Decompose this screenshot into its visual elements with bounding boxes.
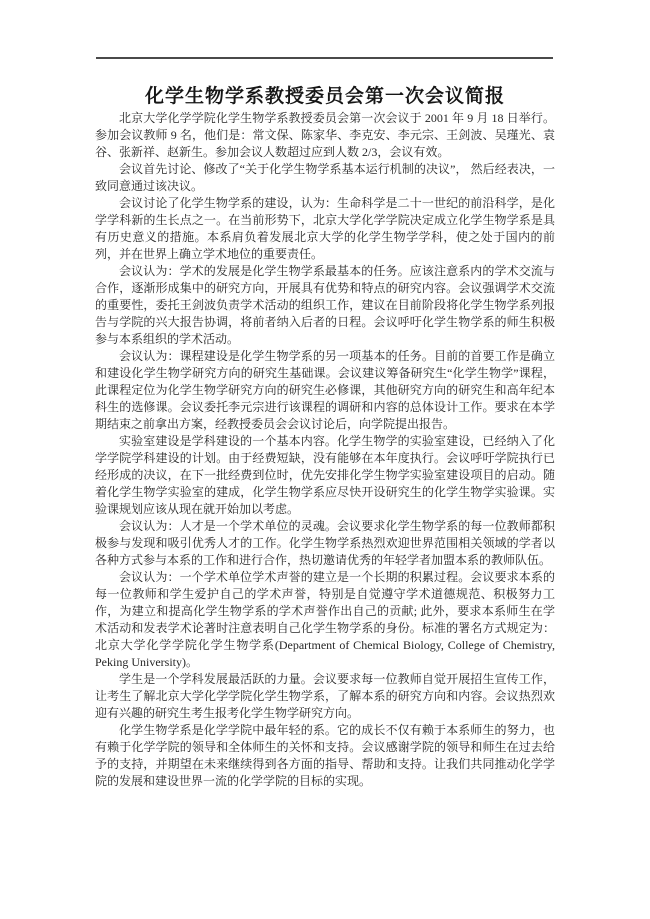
- paragraph-resolution: 会议首先讨论、修改了“关于化学生物学系基本运行机制的决议”， 然后经表决，一致同…: [95, 161, 555, 195]
- paragraph-course-construction: 会议认为：课程建设是化学生物学系的另一项基本的任务。目前的首要工作是确立和建设化…: [95, 348, 555, 433]
- document-title: 化学生物学系教授委员会第一次会议简报: [0, 81, 650, 108]
- document-page: 化学生物学系教授委员会第一次会议简报 北京大学化学学院化学生物学系教授委员会第一…: [0, 0, 650, 919]
- paragraph-laboratory-construction: 实验室建设是学科建设的一个基本内容。化学生物学的实验室建设，已经纳入了化学学院学…: [95, 433, 555, 518]
- paragraph-academic-reputation: 会议认为：一个学术单位学术声誉的建立是一个长期的积累过程。会议要求本系的每一位教…: [95, 569, 555, 671]
- header-divider-line: [96, 57, 553, 59]
- document-body: 北京大学化学学院化学生物学系教授委员会第一次会议于 2001 年 9 月 18 …: [95, 110, 555, 790]
- paragraph-closing: 化学生物学系是化学学院中最年轻的系。它的成长不仅有赖于本系师生的努力，也有赖于化…: [95, 722, 555, 790]
- paragraph-students: 学生是一个学科发展最活跃的力量。会议要求每一位教师自觉开展招生宣传工作，让考生了…: [95, 671, 555, 722]
- paragraph-department-founding: 会议讨论了化学生物学系的建设，认为：生命科学是二十一世纪的前沿科学，是化学学科新…: [95, 195, 555, 263]
- paragraph-academic-development: 会议认为：学术的发展是化学生物学系最基本的任务。应该注意系内的学术交流与合作，逐…: [95, 263, 555, 348]
- paragraph-talent: 会议认为：人才是一个学术单位的灵魂。会议要求化学生物学系的每一位教师都积极参与发…: [95, 518, 555, 569]
- paragraph-attendance: 北京大学化学学院化学生物学系教授委员会第一次会议于 2001 年 9 月 18 …: [95, 110, 555, 161]
